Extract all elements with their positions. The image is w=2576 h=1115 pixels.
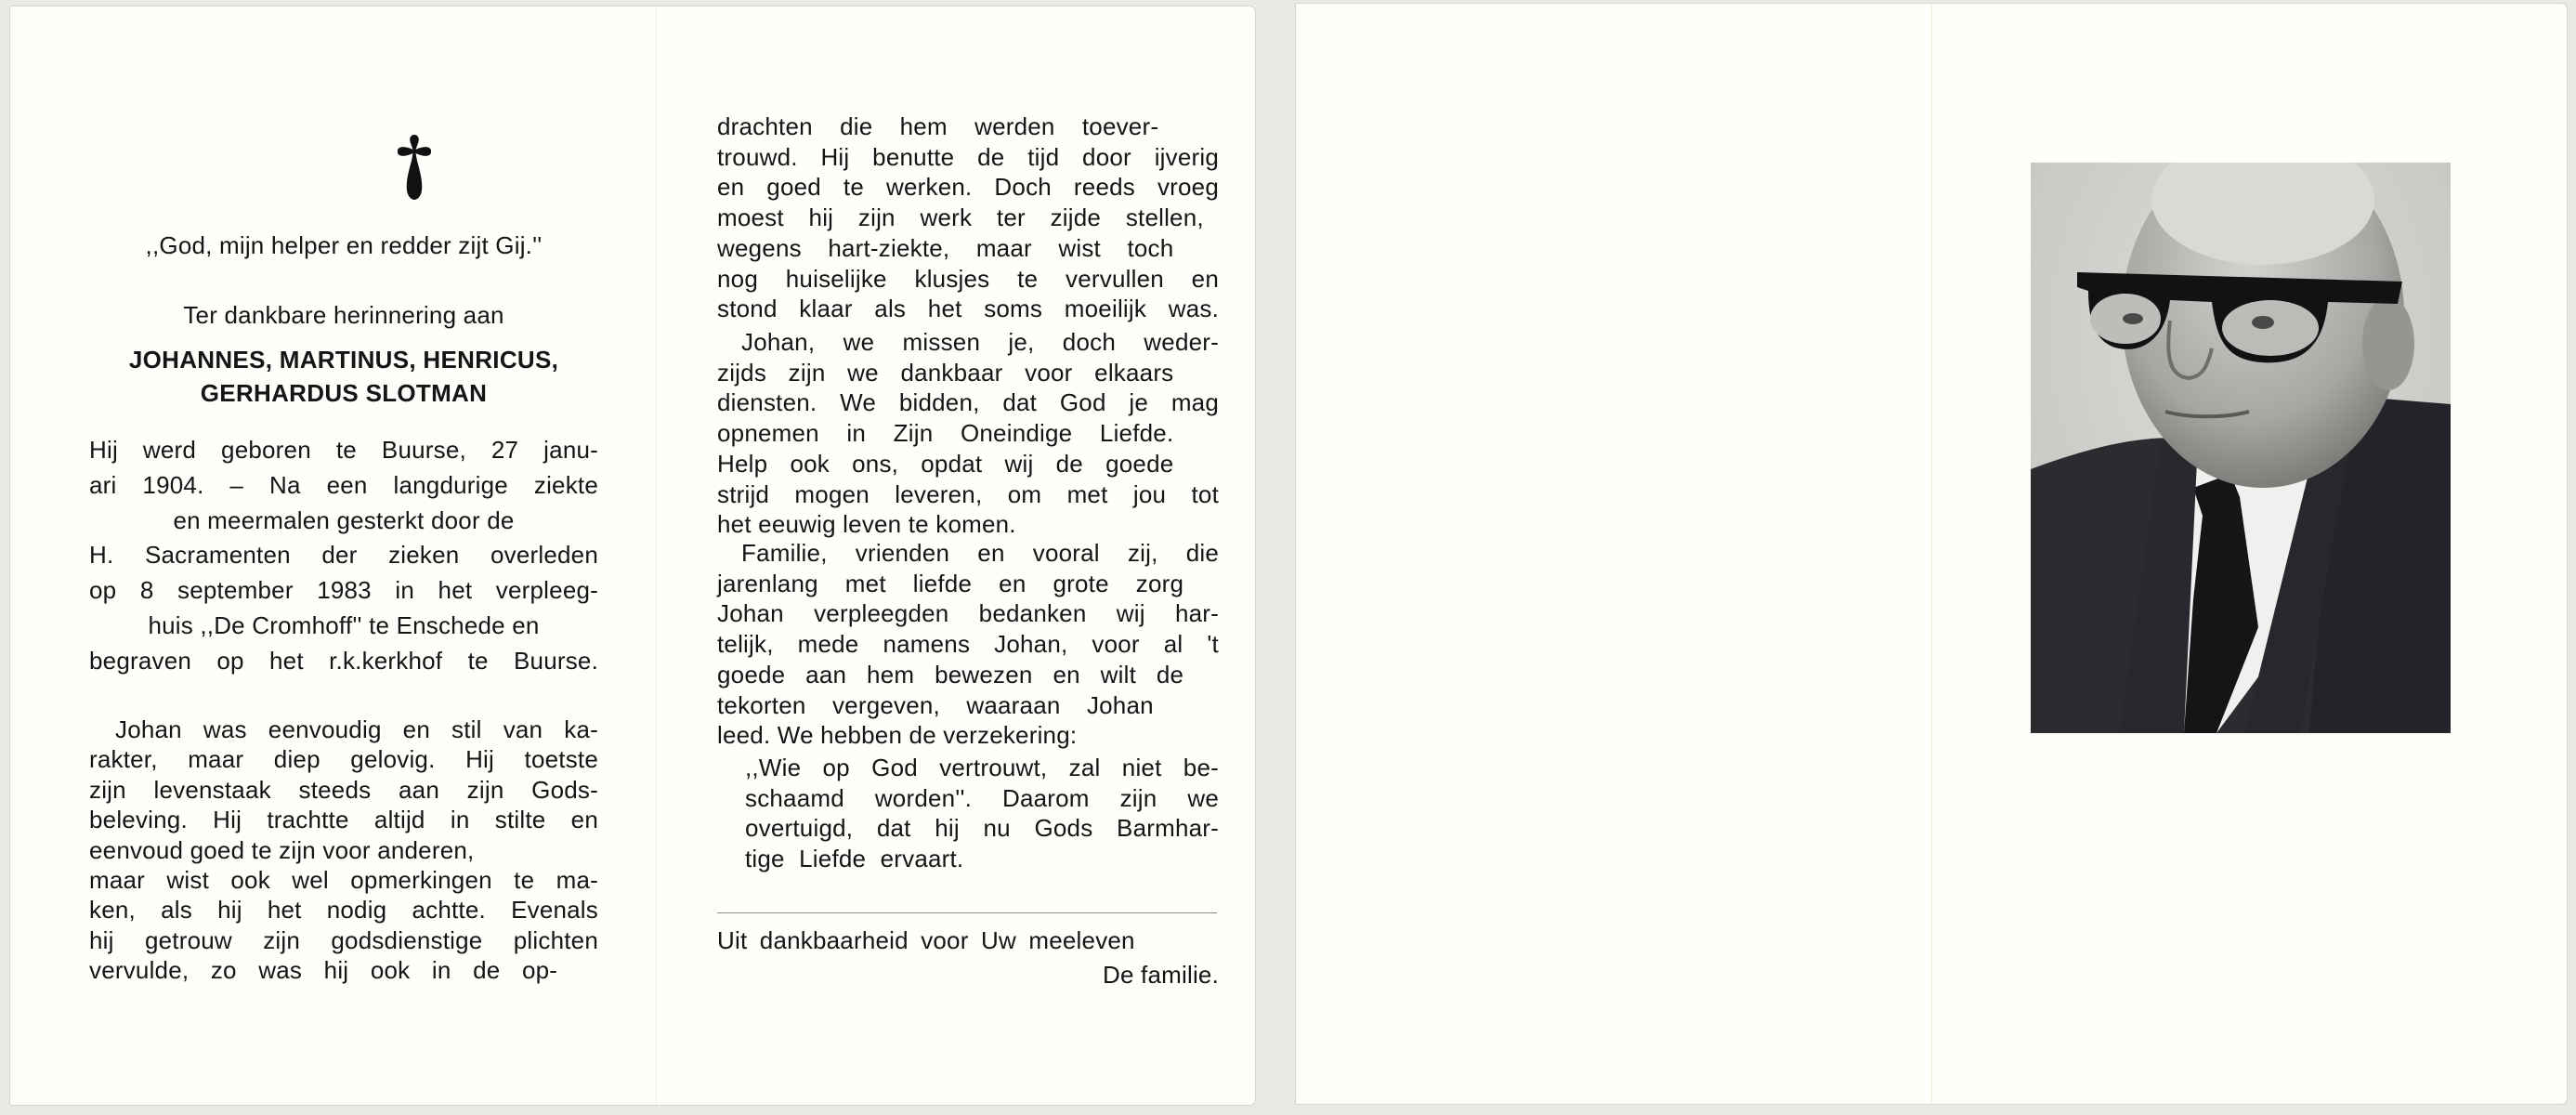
card-fold-line	[1931, 4, 1932, 1104]
text-line: vervulde, zo was hij ook in de op-	[89, 955, 557, 985]
text-line: ari 1904. – Na een langdurige ziekte	[89, 468, 598, 504]
memorial-card-outside	[1296, 4, 2567, 1104]
text-line: tekorten vergeven, waaraan Johan	[717, 690, 1154, 721]
text-line: Johan verpleegden bedanken wij har-	[717, 598, 1219, 629]
closing-quote-paragraph: ,,Wie op God vertrouwt, zal niet be- sch…	[745, 753, 1219, 874]
text-line: nog huiselijke klusjes te vervullen en	[717, 264, 1219, 295]
deceased-name: JOHANNES, MARTINUS, HENRICUS, GERHARDUS …	[89, 343, 598, 410]
portrait-photo	[2031, 163, 2451, 733]
text-line: eenvoud goed te zijn voor anderen,	[89, 835, 598, 865]
text-line: opnemen in Zijn Oneindige Liefde.	[717, 418, 1173, 449]
right-panel: drachten die hem werden toever- trouwd. …	[717, 7, 1219, 1105]
text-line: Familie, vrienden en vooral zij, die	[717, 538, 1219, 569]
dedication-line: Ter dankbare herinnering aan	[89, 299, 598, 333]
name-line: JOHANNES, MARTINUS, HENRICUS,	[89, 343, 598, 376]
text-line: op 8 september 1983 in het verpleeg-	[89, 573, 598, 609]
left-panel: ,,God, mijn helper en redder zijt Gij.''…	[89, 7, 598, 1105]
text-line: begraven op het r.k.kerkhof te Buurse.	[89, 644, 598, 679]
text-line: ken, als hij het nodig achtte. Evenals	[89, 895, 598, 925]
text-line: zijn levenstaak steeds aan zijn Gods-	[89, 775, 598, 805]
text-line: Johan, we missen je, doch weder-	[717, 327, 1219, 358]
text-line: diensten. We bidden, dat God je mag	[717, 387, 1219, 418]
card-fold-line	[656, 7, 657, 1105]
text-line: moest hij zijn werk ter zijde stellen,	[717, 203, 1204, 233]
text-line: Help ook ons, opdat wij de goede	[717, 449, 1173, 479]
text-line: overtuigd, dat hij nu Gods Barmhar-	[745, 813, 1219, 844]
text-line: maar wist ook wel opmerkingen te ma-	[89, 865, 598, 895]
opening-quote: ,,God, mijn helper en redder zijt Gij.''	[89, 230, 598, 263]
text-line: rakter, maar diep gelovig. Hij toetste	[89, 744, 598, 774]
text-line: telijk, mede namens Johan, voor al 't	[717, 629, 1219, 660]
text-line: jarenlang met liefde en grote zorg	[717, 569, 1183, 599]
text-line: leed. We hebben de verzekering:	[717, 720, 1219, 751]
text-line: tige Liefde ervaart.	[745, 844, 1219, 874]
missen-paragraph: Johan, we missen je, doch weder- zijds z…	[717, 327, 1219, 540]
text-line: beleving. Hij trachtte altijd in stilte …	[89, 805, 598, 834]
text-line: en meermalen gesterkt door de	[89, 504, 598, 539]
text-line: schaamd worden''. Daarom zijn we	[745, 783, 1219, 814]
text-line: Johan was eenvoudig en stil van ka-	[89, 715, 598, 744]
familie-paragraph: Familie, vrienden en vooral zij, die jar…	[717, 538, 1219, 751]
text-line: wegens hart-ziekte, maar wist toch	[717, 233, 1173, 264]
portrait-illustration	[2031, 163, 2451, 733]
memorial-card-inside: ,,God, mijn helper en redder zijt Gij.''…	[10, 7, 1255, 1105]
text-line: drachten die hem werden toever-	[717, 111, 1158, 142]
text-line: huis ,,De Cromhoff'' te Enschede en	[89, 609, 598, 644]
cross-botonny-icon	[398, 135, 431, 200]
text-line: trouwd. Hij benutte de tijd door ijverig	[717, 142, 1219, 173]
birth-death-paragraph: Hij werd geboren te Buurse, 27 janu- ari…	[89, 433, 598, 679]
text-line: goede aan hem bewezen en wilt de	[717, 660, 1183, 690]
text-line: het eeuwig leven te komen.	[717, 509, 1219, 540]
text-line: stond klaar als het soms moeilijk was.	[717, 294, 1219, 324]
life-paragraph: Johan was eenvoudig en stil van ka- rakt…	[89, 715, 598, 986]
text-line: Hij werd geboren te Buurse, 27 janu-	[89, 433, 598, 468]
signature: De familie.	[717, 958, 1219, 991]
text-line: ,,Wie op God vertrouwt, zal niet be-	[745, 753, 1219, 783]
text-line: H. Sacramenten der zieken overleden	[89, 538, 598, 573]
work-paragraph: drachten die hem werden toever- trouwd. …	[717, 111, 1219, 324]
text-line: en goed te werken. Doch reeds vroeg	[717, 172, 1219, 203]
text-line: zijds zijn we dankbaar voor elkaars	[717, 358, 1173, 388]
thanks-line: Uit dankbaarheid voor Uw meeleven	[717, 924, 1219, 957]
text-line: strijd mogen leveren, om met jou tot	[717, 479, 1219, 510]
divider-line	[717, 912, 1217, 913]
name-line: GERHARDUS SLOTMAN	[89, 376, 598, 410]
text-line: hij getrouw zijn godsdienstige plichten	[89, 925, 598, 955]
